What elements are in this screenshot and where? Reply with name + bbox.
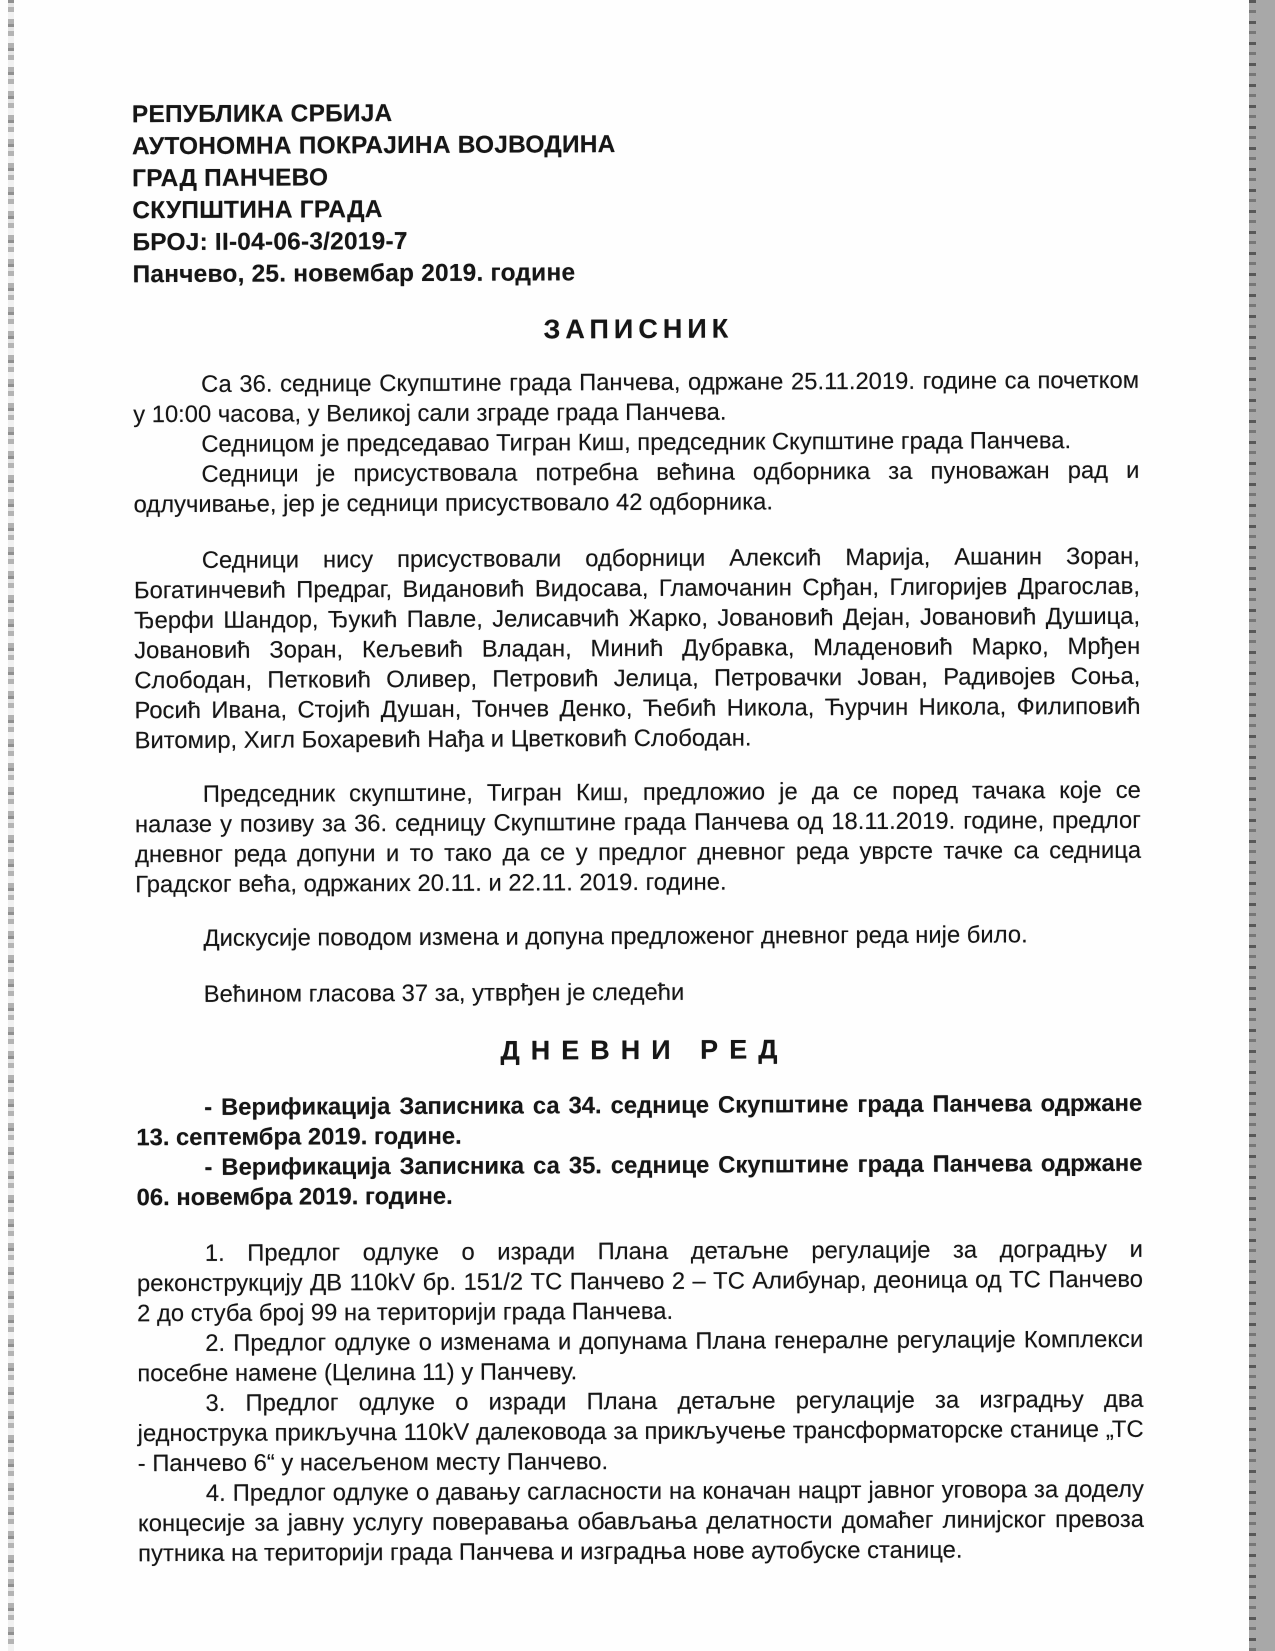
paragraph-absent-members: Седници нису присуствовали одборници Але… <box>134 542 1141 756</box>
letterhead-line-province: АУТОНОМНА ПОКРАЈИНА ВОЈВОДИНА <box>132 127 1138 163</box>
letterhead-line-date-place: Панчево, 25. новембар 2019. године <box>132 255 1138 291</box>
agenda-verification-item-34: - Верификација Записника са 34. седнице … <box>136 1089 1142 1153</box>
paragraph-no-discussion: Дискусије поводом измена и допуна предло… <box>135 920 1141 954</box>
scanned-document-page: РЕПУБЛИКА СРБИЈА АУТОНОМНА ПОКРАЈИНА ВОЈ… <box>0 0 1275 1651</box>
letterhead-line-number: БРОЈ: II-04-06-3/2019-7 <box>132 223 1138 259</box>
paragraph-quorum: Седници је присуствовала потребна већина… <box>133 456 1139 520</box>
agenda-item-3: 3. Предлог одлуке о изради Плана детаљне… <box>137 1385 1143 1479</box>
document-title: ЗАПИСНИК <box>133 310 1139 348</box>
letterhead-line-republic: РЕПУБЛИКА СРБИЈА <box>132 95 1138 131</box>
agenda-heading: ДНЕВНИ РЕД <box>136 1031 1142 1069</box>
letterhead-line-city: ГРАД ПАНЧЕВО <box>132 159 1138 195</box>
scan-artifact-right-edge <box>1249 0 1275 1651</box>
paragraph-session-intro: Са 36. седнице Скупштине града Панчева, … <box>133 366 1139 430</box>
letterhead: РЕПУБЛИКА СРБИЈА АУТОНОМНА ПОКРАЈИНА ВОЈ… <box>132 95 1139 291</box>
paragraph-chairman: Седницом је председавао Тигран Киш, пред… <box>133 426 1139 460</box>
paragraph-agenda-proposal: Председник скупштине, Тигран Киш, предло… <box>135 776 1142 900</box>
letterhead-line-assembly: СКУПШТИНА ГРАДА <box>132 191 1138 227</box>
agenda-item-4: 4. Предлог одлуке о давању сагласности н… <box>138 1475 1144 1569</box>
paragraph-vote-result: Већином гласова 37 за, утврђен је следећ… <box>136 976 1142 1010</box>
agenda-item-1: 1. Предлог одлуке о изради Плана детаљне… <box>137 1235 1143 1329</box>
agenda-item-2: 2. Предлог одлуке о изменама и допунама … <box>137 1325 1143 1389</box>
scan-artifact-left-edge <box>8 0 14 1651</box>
agenda-verification-item-35: - Верификација Записника са 35. седнице … <box>136 1149 1142 1213</box>
document-content: РЕПУБЛИКА СРБИЈА АУТОНОМНА ПОКРАЈИНА ВОЈ… <box>132 95 1144 1569</box>
